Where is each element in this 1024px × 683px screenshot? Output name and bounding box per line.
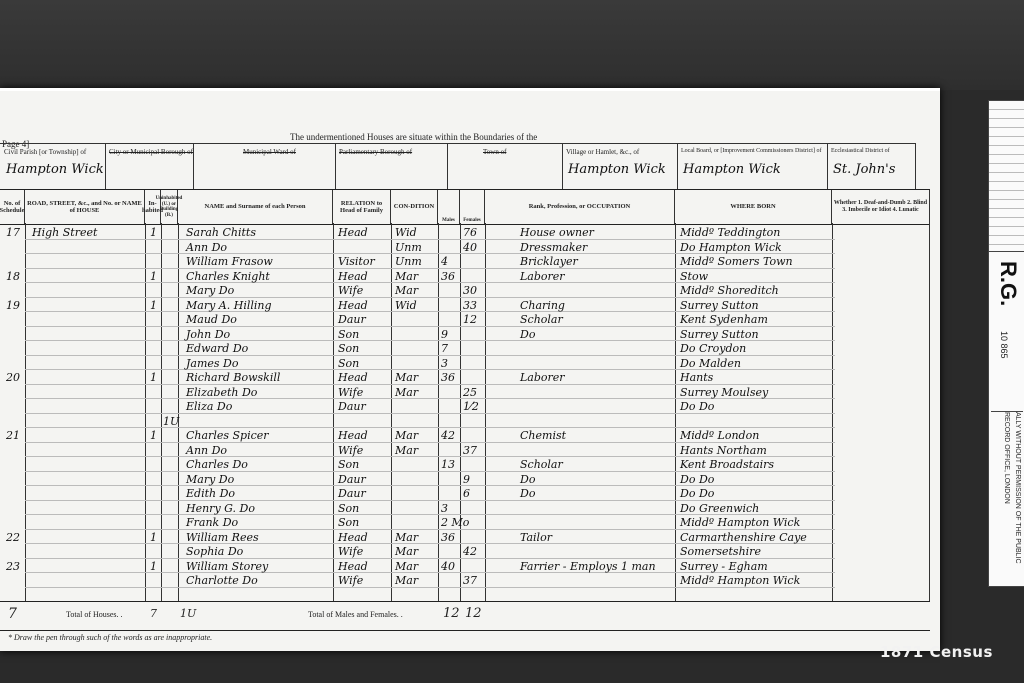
row-occupation: Chemist: [520, 429, 566, 442]
row-relation: Son: [338, 328, 359, 341]
row-inhabited: 1: [150, 270, 157, 283]
field-municipal-ward: Municipal Ward of: [193, 143, 336, 190]
table-row: 181Charles KnightHeadMar36LaborerStow: [0, 270, 930, 285]
row-occupation: Bricklayer: [520, 255, 578, 268]
row-females: 37: [463, 574, 477, 587]
field-civil-parish: Civil Parish [or Township] of Hampton Wi…: [0, 143, 106, 190]
row-name: Sarah Chitts: [186, 226, 256, 239]
col-females: Females: [460, 190, 485, 224]
col-occupation: Rank, Profession, or OCCUPATION: [485, 190, 675, 224]
table-row: Sophia DoWifeMar42Somersetshire: [0, 545, 930, 560]
table-row: Henry G. DoSon3Do Greenwich: [0, 502, 930, 517]
row-relation: Wife: [338, 284, 363, 297]
row-birthplace: Hants: [680, 371, 713, 384]
table-row: 211Charles SpicerHeadMar42ChemistMiddº L…: [0, 429, 930, 444]
row-condition: Mar: [395, 270, 418, 283]
row-schedule: 20: [6, 371, 20, 384]
row-males: 4: [441, 255, 448, 268]
row-birthplace: Surrey Sutton: [680, 328, 759, 341]
row-condition: Mar: [395, 429, 418, 442]
row-relation: Daur: [338, 400, 366, 413]
row-name: James Do: [186, 357, 239, 370]
row-females: 1⁄2: [463, 400, 479, 413]
col-born: WHERE BORN: [675, 190, 832, 224]
row-occupation: Do: [520, 473, 535, 486]
row-birthplace: Middº London: [680, 429, 759, 442]
row-inhabited: 1: [150, 371, 157, 384]
row-name: William Rees: [186, 531, 259, 544]
field-village: Village or Hamlet, &c., of Hampton Wick: [562, 143, 678, 190]
row-name: Maud Do: [186, 313, 237, 326]
row-condition: Mar: [395, 444, 418, 457]
table-row: James DoSon3Do Malden: [0, 357, 930, 372]
row-name: Richard Bowskill: [186, 371, 280, 384]
row-males: 3: [441, 502, 448, 515]
boundaries-banner: The undermentioned Houses are situate wi…: [290, 132, 537, 142]
total-persons-label: Total of Males and Females. .: [308, 610, 403, 619]
row-name: Sophia Do: [186, 545, 243, 558]
background: [0, 0, 1024, 90]
col-males: Males: [438, 190, 460, 224]
row-birthplace: Do Do: [680, 400, 714, 413]
row-birthplace: Kent Sydenham: [680, 313, 768, 326]
table-row: Mary DoWifeMar30Middº Shoreditch: [0, 284, 930, 299]
row-birthplace: Middº Somers Town: [680, 255, 793, 268]
table-row: Mary DoDaur9DoDo Do: [0, 473, 930, 488]
table-row: Edith DoDaur6DoDo Do: [0, 487, 930, 502]
row-name: Ann Do: [186, 444, 227, 457]
row-birthplace: Do Do: [680, 487, 714, 500]
row-condition: Unm: [395, 255, 422, 268]
col-infirmity: Whether 1. Deaf-and-Dumb 2. Blind 3. Imb…: [832, 190, 930, 224]
row-schedule: 18: [6, 270, 20, 283]
row-birthplace: Surrey Sutton: [680, 299, 759, 312]
row-relation: Son: [338, 357, 359, 370]
total-males: 12: [443, 606, 460, 621]
row-females: 37: [463, 444, 477, 457]
row-road: High Street: [32, 226, 97, 239]
row-relation: Visitor: [338, 255, 375, 268]
row-inhabited: 1: [150, 429, 157, 442]
total-inhabited: 7: [150, 607, 157, 620]
table-row: 17High Street1Sarah ChittsHeadWid76House…: [0, 226, 930, 241]
row-name: Charles Do: [186, 458, 248, 471]
row-birthplace: Do Croydon: [680, 342, 746, 355]
row-condition: Mar: [395, 531, 418, 544]
total-houses-label: Total of Houses. .: [66, 610, 123, 619]
row-relation: Daur: [338, 487, 366, 500]
row-name: Henry G. Do: [186, 502, 255, 515]
row-occupation: Scholar: [520, 458, 563, 471]
row-condition: Mar: [395, 545, 418, 558]
row-condition: Mar: [395, 560, 418, 573]
row-uninhabited: 1U: [163, 415, 179, 428]
footnote: * Draw the pen through such of the words…: [8, 633, 212, 642]
piece-number: 10 865: [999, 331, 1009, 359]
row-occupation: Dressmaker: [520, 241, 587, 254]
row-condition: Wid: [395, 226, 417, 239]
row-occupation: Laborer: [520, 270, 565, 283]
row-name: William Storey: [186, 560, 268, 573]
row-relation: Daur: [338, 473, 366, 486]
row-relation: Daur: [338, 313, 366, 326]
census-page: Page 4] The undermentioned Houses are si…: [0, 88, 940, 651]
row-birthplace: Stow: [680, 270, 708, 283]
row-name: William Frasow: [186, 255, 273, 268]
row-birthplace: Do Hampton Wick: [680, 241, 782, 254]
row-relation: Head: [338, 299, 368, 312]
row-name: John Do: [186, 328, 230, 341]
row-condition: Mar: [395, 386, 418, 399]
table-row: Frank DoSon2 MoMiddº Hampton Wick: [0, 516, 930, 531]
row-relation: Son: [338, 516, 359, 529]
row-name: Edith Do: [186, 487, 235, 500]
table-row: John DoSon9DoSurrey Sutton: [0, 328, 930, 343]
row-relation: Wife: [338, 545, 363, 558]
row-relation: Head: [338, 560, 368, 573]
row-schedule: 21: [6, 429, 20, 442]
row-inhabited: 1: [150, 226, 157, 239]
row-birthplace: Middº Hampton Wick: [680, 516, 800, 529]
row-relation: Head: [338, 270, 368, 283]
row-birthplace: Middº Shoreditch: [680, 284, 779, 297]
table-row: Charles DoSon13ScholarKent Broadstairs: [0, 458, 930, 473]
row-relation: Son: [338, 342, 359, 355]
col-road: ROAD, STREET, &c., and No. or NAME of HO…: [25, 190, 145, 224]
row-condition: Unm: [395, 241, 422, 254]
total-schedules: 7: [8, 606, 17, 622]
row-relation: Head: [338, 429, 368, 442]
row-condition: Mar: [395, 284, 418, 297]
row-birthplace: Middº Hampton Wick: [680, 574, 800, 587]
row-name: Mary A. Hilling: [186, 299, 272, 312]
row-inhabited: 1: [150, 560, 157, 573]
row-name: Ann Do: [186, 241, 227, 254]
row-occupation: Charing: [520, 299, 565, 312]
row-occupation: House owner: [520, 226, 594, 239]
row-name: Eliza Do: [186, 400, 232, 413]
row-birthplace: Do Greenwich: [680, 502, 759, 515]
col-relation: RELATION to Head of Family: [333, 190, 391, 224]
row-birthplace: Do Do: [680, 473, 714, 486]
entries-grid: 17High Street1Sarah ChittsHeadWid76House…: [0, 223, 930, 601]
col-name: NAME and Surname of each Person: [178, 190, 333, 224]
row-birthplace: Kent Broadstairs: [680, 458, 774, 471]
row-females: 42: [463, 545, 477, 558]
row-males: 36: [441, 531, 455, 544]
row-relation: Head: [338, 226, 368, 239]
row-relation: Wife: [338, 574, 363, 587]
row-schedule: 22: [6, 531, 20, 544]
row-name: Charlotte Do: [186, 574, 258, 587]
row-occupation: Laborer: [520, 371, 565, 384]
table-row: Edward DoSon7Do Croydon: [0, 342, 930, 357]
row-females: 25: [463, 386, 477, 399]
field-municipal-borough: City or Municipal Borough of: [105, 143, 194, 190]
row-name: Elizabeth Do: [186, 386, 257, 399]
row-males: 36: [441, 270, 455, 283]
row-name: Edward Do: [186, 342, 248, 355]
row-birthplace: Surrey - Egham: [680, 560, 768, 573]
total-females: 12: [465, 606, 482, 621]
row-males: 13: [441, 458, 455, 471]
image-caption: 1871 Census: [880, 643, 993, 661]
row-schedule: 17: [6, 226, 20, 239]
row-name: Mary Do: [186, 284, 234, 297]
row-occupation: Do: [520, 487, 535, 500]
table-row: 1U: [0, 415, 930, 430]
row-birthplace: Middº Teddington: [680, 226, 780, 239]
row-females: 6: [463, 487, 470, 500]
totals-row: 7 Total of Houses. . 7 1U Total of Males…: [0, 601, 930, 631]
row-relation: Son: [338, 458, 359, 471]
col-uninhabited: Uninhabited (U.) or Building (B.): [161, 190, 178, 224]
table-row: Maud DoDaur12ScholarKent Sydenham: [0, 313, 930, 328]
row-relation: Son: [338, 502, 359, 515]
table-row: Eliza DoDaur1⁄2Do Do: [0, 400, 930, 415]
row-birthplace: Do Malden: [680, 357, 741, 370]
table-row: Ann DoWifeMar37Hants Northam: [0, 444, 930, 459]
row-females: 33: [463, 299, 477, 312]
row-occupation: Farrier - Employs 1 man: [520, 560, 656, 573]
copyright-notice: ALLY WITHOUT PERMISSION OF THE PUBLIC RE…: [991, 411, 1023, 584]
row-name: Frank Do: [186, 516, 238, 529]
row-females: 12: [463, 313, 477, 326]
row-occupation: Tailor: [520, 531, 552, 544]
field-local-board: Local Board, or [Improvement Commissione…: [677, 143, 828, 190]
row-relation: Wife: [338, 386, 363, 399]
row-males: 3: [441, 357, 448, 370]
col-condition: CON-DITION: [391, 190, 438, 224]
row-females: 40: [463, 241, 477, 254]
field-town: Town of: [447, 143, 563, 190]
row-schedule: 23: [6, 560, 20, 573]
table-row: 191Mary A. HillingHeadWid33CharingSurrey…: [0, 299, 930, 314]
record-group-code: R.G.: [995, 261, 1021, 306]
table-row: 201Richard BowskillHeadMar36LaborerHants: [0, 371, 930, 386]
row-condition: Mar: [395, 371, 418, 384]
archive-tag: R.G. 10 865 ALLY WITHOUT PERMISSION OF T…: [988, 100, 1024, 587]
row-males: 40: [441, 560, 455, 573]
row-birthplace: Somersetshire: [680, 545, 761, 558]
row-males: 9: [441, 328, 448, 341]
row-relation: Head: [338, 531, 368, 544]
row-schedule: 19: [6, 299, 20, 312]
row-condition: Mar: [395, 574, 418, 587]
row-males: 42: [441, 429, 455, 442]
table-row: 231William StoreyHeadMar40Farrier - Empl…: [0, 560, 930, 575]
row-relation: Wife: [338, 444, 363, 457]
row-birthplace: Surrey Moulsey: [680, 386, 768, 399]
table-row: Ann DoUnm40DressmakerDo Hampton Wick: [0, 241, 930, 256]
table-row: 221William ReesHeadMar36TailorCarmarthen…: [0, 531, 930, 546]
row-males: 7: [441, 342, 448, 355]
ruler: [989, 101, 1024, 252]
row-occupation: Scholar: [520, 313, 563, 326]
row-condition: Wid: [395, 299, 417, 312]
col-schedule: No. of Schedule: [0, 190, 25, 224]
row-females: 76: [463, 226, 477, 239]
row-birthplace: Hants Northam: [680, 444, 767, 457]
row-birthplace: Carmarthenshire Caye: [680, 531, 807, 544]
row-name: Mary Do: [186, 473, 234, 486]
table-row: William FrasowVisitorUnm4BricklayerMiddº…: [0, 255, 930, 270]
field-ecclesiastical-district: Ecclesiastical District of St. John's: [827, 143, 916, 190]
table-row: Elizabeth DoWifeMar25Surrey Moulsey: [0, 386, 930, 401]
row-inhabited: 1: [150, 299, 157, 312]
row-females: 30: [463, 284, 477, 297]
row-males: 36: [441, 371, 455, 384]
total-uninhabited: 1U: [180, 607, 196, 620]
field-parliamentary-borough: Parliamentary Borough of: [335, 143, 448, 190]
row-name: Charles Spicer: [186, 429, 269, 442]
row-name: Charles Knight: [186, 270, 270, 283]
row-occupation: Do: [520, 328, 535, 341]
row-females: 9: [463, 473, 470, 486]
column-headers: No. of Schedule ROAD, STREET, &c., and N…: [0, 189, 930, 225]
row-relation: Head: [338, 371, 368, 384]
row-inhabited: 1: [150, 531, 157, 544]
table-row: Charlotte DoWifeMar37Middº Hampton Wick: [0, 574, 930, 589]
row-males: 2 Mo: [441, 516, 469, 529]
